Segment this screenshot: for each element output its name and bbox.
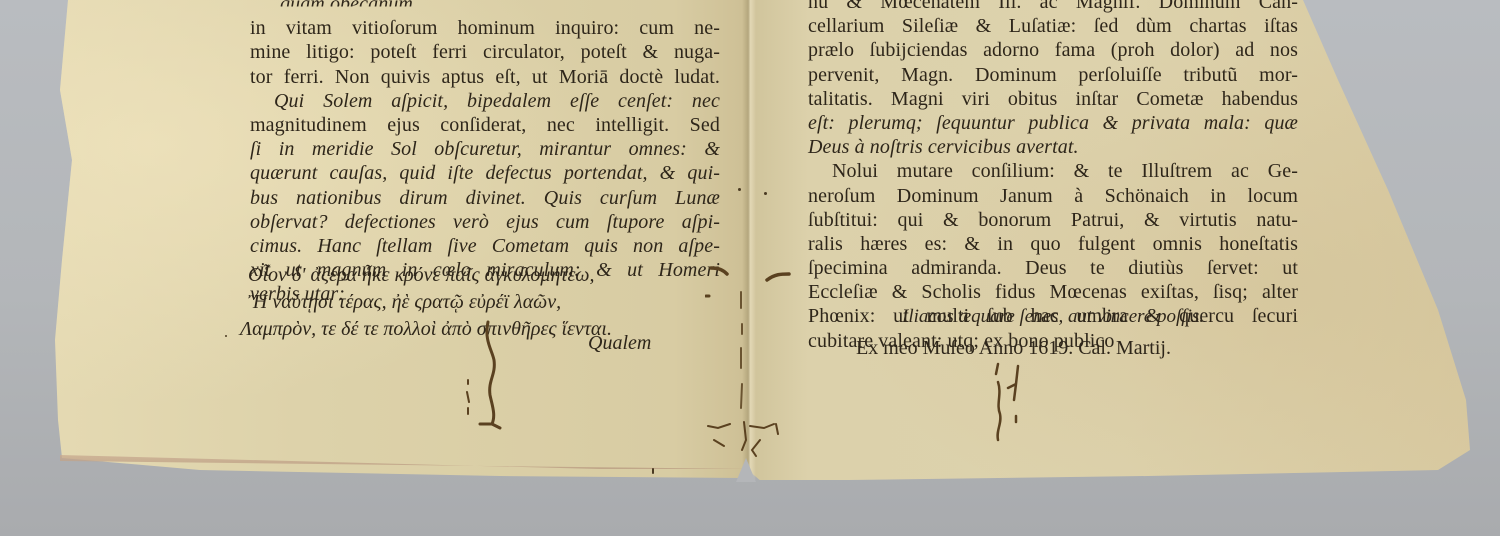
text-line: cellarium Sileſiæ & Luſatiæ: ſed dùm cha… [808,14,1298,38]
text-line: quam obecanum ... [250,0,720,16]
wormhole-track-icon [988,360,1028,450]
text-line: ſpecimina admiranda. Deus te diutiùs ſer… [808,256,1298,280]
wormhole-track-icon [705,262,795,302]
text-line: pervenit, Magn. Dominum perſoluiſſe trib… [808,63,1298,87]
latin-verse: Iliacos æquare ſenes, aut vincere poſſis… [902,306,1204,328]
text-line: Eccleſiæ & Scholis fidus Mœcenas exiſtas… [808,280,1298,304]
text-line: prælo ſubijciendas adorno fama (proh dol… [808,38,1298,62]
ink-speck [652,468,654,474]
wormhole-track-icon [704,420,784,470]
text-line: cimus. Hanc ſtellam ſive Cometam quis no… [250,234,720,258]
text-line: quærunt cauſas, quid iſte defectus porte… [250,161,720,185]
ink-speck [738,188,741,191]
wormhole-track-icon [735,288,749,418]
greek-line: Οἷον δ' ἀςέρα ἧκε κρόνε παῖς ἀγκυλομήτεω… [248,262,612,289]
book-photo: quam obecanum ... in vitam vitioſorum ho… [0,0,1500,536]
text-line: neroſum Dominum Janum à Schönaich in loc… [808,184,1298,208]
left-page-body: quam obecanum ... in vitam vitioſorum ho… [250,0,720,306]
greek-line: Ἢ ναύτῃσι τέρας, ἠὲ ςρατῷ εὐρέϊ λαῶν, [248,289,612,316]
right-page-body: nũ & Mœcenatem Ill. ac Magnif. Dominum C… [808,0,1298,353]
text-line: eſt: plerumq; ſequuntur publica & privat… [808,111,1298,135]
text-line: obſervat? defectiones verò ejus cum ſtup… [250,210,720,234]
text-line: ſi in meridie Sol obſcuretur, mirantur o… [250,137,720,161]
text-line: Qui Solem aſpicit, bipedalem eſſe cenſet… [250,89,720,113]
catchword: Qualem [588,332,651,355]
text-line: magnitudinem ejus conſiderat, nec intell… [250,113,720,137]
colophon: Ex meo Muſeo Anno 1619. Cal. Martij. [856,337,1171,360]
wormhole-track-icon [462,378,474,418]
greek-verse: Οἷον δ' ἀςέρα ἧκε κρόνε παῖς ἀγκυλομήτεω… [248,262,612,343]
text-line: ſubſtitui: qui & bonorum Patrui, & virtu… [808,208,1298,232]
text-line: tor ferri. Non quivis aptus eſt, ut Mori… [250,65,720,89]
text-line: ralis hæres es: & in quo fulgent omnis h… [808,232,1298,256]
wormhole-track-icon [470,320,510,430]
text-line: bus nationibus dirum divinet. Quis curſu… [250,186,720,210]
ink-speck [225,335,227,337]
ink-speck [764,192,767,195]
text-line: Nolui mutare conſilium: & te Illuſtrem a… [808,159,1298,183]
text-line: Deus à noſtris cervicibus avertat. [808,135,1298,159]
text-line: mine litigo: poteſt ferri circulator, po… [250,40,720,64]
greek-line: Λαμπρὸν, τε δέ τε πολλοὶ ἀπὸ σπινθῆρες ἵ… [240,316,612,343]
text-line: in vitam vitioſorum hominum inquiro: cum… [250,16,720,40]
text-line: nũ & Mœcenatem Ill. ac Magnif. Dominum C… [808,0,1298,14]
text-line: talitatis. Magni viri obitus inſtar Come… [808,87,1298,111]
